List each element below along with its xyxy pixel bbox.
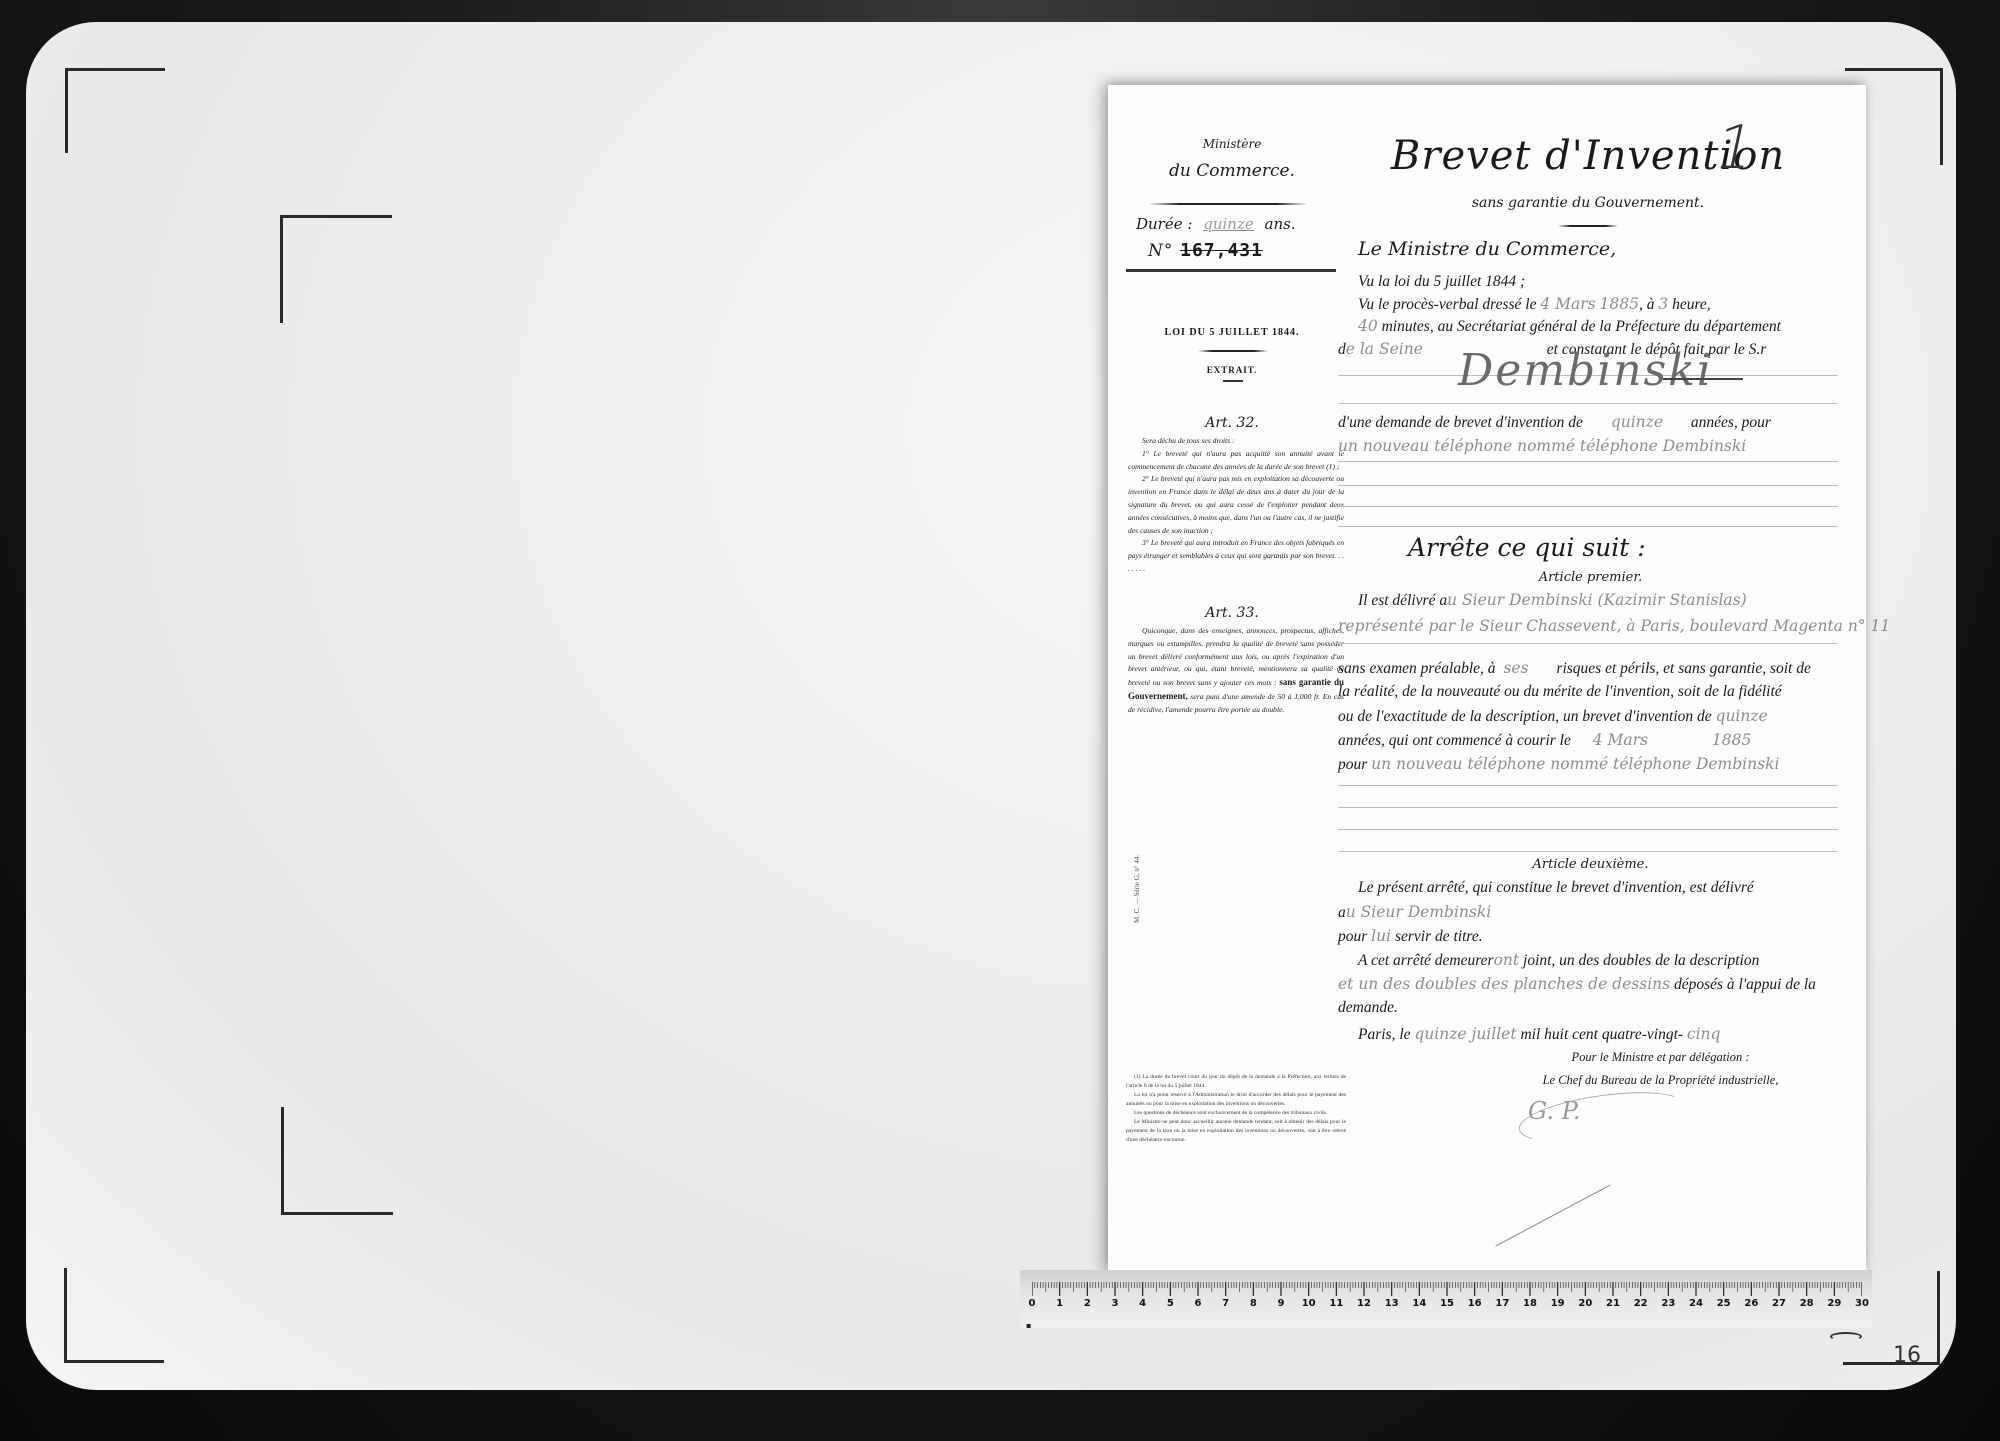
sheet-number: 16 — [1893, 1343, 1921, 1368]
article-33-text: Quiconque, dans des enseignes, annonces,… — [1128, 625, 1344, 717]
fill-line — [1338, 461, 1838, 462]
ruler-label: 11 — [1329, 1298, 1343, 1309]
law-heading: LOI DU 5 JUILLET 1844. — [1108, 327, 1356, 338]
footnote: Les questions de déchéance sont exclusiv… — [1126, 1109, 1346, 1118]
ruler-label: 9 — [1278, 1298, 1285, 1309]
form-code: M. C. — Série G, n° 44. — [1133, 855, 1141, 923]
corner-mark-top-left — [65, 68, 165, 153]
handwritten-annex: et un des doubles des planches de dessin… — [1338, 975, 1670, 993]
ruler-label: 21 — [1606, 1298, 1620, 1309]
ruler-label: 18 — [1523, 1298, 1537, 1309]
article1-line: ou de l'exactitude de la description, un… — [1338, 707, 1843, 726]
ministry-name: du Commerce. — [1108, 161, 1356, 181]
ruler-ticks — [1032, 1282, 1862, 1296]
law-paragraph: Quiconque, dans des enseignes, annonces,… — [1128, 625, 1344, 717]
extract-heading: EXTRAIT. — [1108, 365, 1356, 375]
handwritten-recipient: u Sieur Dembinski (Kazimir Stanislas) — [1447, 591, 1747, 609]
text: Vu le procès-verbal dressé le — [1358, 296, 1536, 313]
footnote: Le Ministre ne peut donc accueillir aucu… — [1126, 1118, 1346, 1145]
ruler-label: 25 — [1717, 1298, 1731, 1309]
text: mil huit cent quatre-vingt- — [1520, 1026, 1683, 1043]
handwritten-minutes: 40 — [1358, 317, 1378, 335]
ruler-label: 10 — [1302, 1298, 1316, 1309]
ruler-label: 19 — [1551, 1298, 1565, 1309]
signature-stroke — [1495, 1185, 1610, 1247]
article2-annex-line: A cet arrêté demeureront joint, un des d… — [1338, 951, 1843, 970]
ruler-label: 1 — [1056, 1298, 1063, 1309]
handwritten-duration: quinze — [1587, 413, 1687, 431]
name-underline — [1663, 378, 1743, 380]
minutes-line: 40 minutes, au Secrétariat général de la… — [1338, 317, 1843, 336]
text: heure, — [1672, 296, 1711, 313]
text: A cet arrêté demeurer — [1358, 952, 1494, 969]
text: , à — [1639, 296, 1655, 313]
duration-value: quinze — [1197, 215, 1260, 233]
article2-annex-line2: et un des doubles des planches de dessin… — [1338, 975, 1843, 994]
patent-number: N° 167,431 — [1148, 240, 1338, 261]
ruler-label: 13 — [1385, 1298, 1399, 1309]
representative-line: représenté par le Sieur Chassevent, à Pa… — [1338, 617, 1843, 635]
handwritten-year: cinq — [1687, 1025, 1721, 1043]
article-32-heading: Art. 32. — [1108, 415, 1356, 431]
article1-line: années, qui ont commencé à courir le 4 M… — [1338, 731, 1843, 750]
ruler-label: 3 — [1112, 1298, 1119, 1309]
left-column: Ministère du Commerce. Durée : quinze an… — [1108, 85, 1356, 1272]
text: risques et périls, et sans garantie, soi… — [1556, 660, 1810, 677]
text: années, pour — [1691, 414, 1771, 431]
document-subtitle: sans garantie du Gouvernement. — [1388, 195, 1788, 211]
ruler-label: 15 — [1440, 1298, 1454, 1309]
article1-line: pour un nouveau téléphone nommé téléphon… — [1338, 755, 1843, 774]
article-32-text: Sera déchu de tous ses droits : 1° Le br… — [1128, 435, 1344, 576]
short-divider — [1223, 380, 1243, 382]
ornament-divider — [1198, 350, 1268, 352]
applicant-name: Dembinski — [1458, 345, 1713, 396]
patent-number-label: N° — [1148, 241, 1173, 261]
divider-thick — [1126, 269, 1336, 272]
fill-line — [1338, 526, 1838, 527]
ruler-label: 14 — [1412, 1298, 1426, 1309]
law-paragraph: Sera déchu de tous ses droits : — [1128, 435, 1344, 448]
text: servir de titre. — [1395, 928, 1483, 945]
ruler-label: 8 — [1250, 1298, 1257, 1309]
footnote: (1) La durée du brevet court du jour du … — [1126, 1073, 1346, 1091]
corner-mark-bottom-left-inner — [281, 1107, 393, 1215]
text: joint, un des doubles de la description — [1523, 952, 1759, 969]
ruler-label: 30 — [1855, 1298, 1869, 1309]
article2-pour-line: pour lui servir de titre. — [1338, 927, 1843, 946]
ruler-label: 17 — [1495, 1298, 1509, 1309]
demande-line: d'une demande de brevet d'invention de q… — [1338, 413, 1843, 432]
handwritten-recipient: u Sieur Dembinski — [1346, 903, 1491, 921]
handwritten-duration: quinze — [1716, 707, 1768, 725]
delegation-line: Pour le Ministre et par délégation : — [1408, 1050, 1913, 1065]
ruler-label: 0 — [1029, 1298, 1036, 1309]
footnote: La loi n'a point réservé à l'Administrat… — [1126, 1091, 1346, 1109]
article-1-heading: Article premier. — [1338, 570, 1843, 585]
text: Paris, le — [1358, 1026, 1411, 1043]
article2-line: Le présent arrêté, qui constitue le brev… — [1338, 879, 1843, 897]
fill-line — [1338, 829, 1838, 830]
fill-line — [1338, 851, 1838, 852]
duration-unit: ans. — [1265, 215, 1296, 233]
ruler-label: 29 — [1827, 1298, 1841, 1309]
delivered-line: Il est délivré au Sieur Dembinski (Kazim… — [1338, 591, 1843, 610]
fill-line — [1338, 506, 1838, 507]
handwritten-plural: ont — [1494, 951, 1520, 969]
fill-line — [1338, 643, 1838, 644]
text: Il est délivré a — [1358, 592, 1447, 609]
ruler-label: 12 — [1357, 1298, 1371, 1309]
ruler-label: 26 — [1744, 1298, 1758, 1309]
date-line: Paris, le quinze juillet mil huit cent q… — [1338, 1025, 1843, 1044]
article1-line: la réalité, de la nouveauté ou du mérite… — [1338, 683, 1843, 701]
ruler-label: 2 — [1084, 1298, 1091, 1309]
text: années, qui ont commencé à courir le — [1338, 732, 1571, 749]
text: minutes, au Secrétariat général de la Pr… — [1382, 318, 1781, 335]
fill-line — [1338, 807, 1838, 808]
duration-label: Durée : — [1136, 215, 1192, 233]
signature: G. P. — [1528, 1097, 1581, 1125]
handwritten-year: 1885 — [1600, 295, 1639, 313]
minister-heading: Le Ministre du Commerce, — [1358, 238, 1616, 260]
duration-field: Durée : quinze ans. — [1136, 215, 1336, 233]
vu-loi-line: Vu la loi du 5 juillet 1844 ; — [1338, 273, 1843, 291]
patent-number-value: 167,431 — [1180, 240, 1263, 261]
ruler-label: 24 — [1689, 1298, 1703, 1309]
text: sans examen préalable, à — [1338, 660, 1496, 677]
corner-mark-top-left-inner — [280, 215, 392, 323]
ruler-label: 23 — [1661, 1298, 1675, 1309]
fill-line — [1338, 485, 1838, 486]
text: ou de l'exactitude de la description, un… — [1338, 708, 1712, 725]
patent-document: Ministère du Commerce. Durée : quinze an… — [1108, 85, 1866, 1272]
ministry-label: Ministère — [1108, 137, 1356, 151]
ruler-label: 16 — [1468, 1298, 1482, 1309]
ornament-divider — [1558, 225, 1618, 227]
ruler-label: 20 — [1578, 1298, 1592, 1309]
ruler-logo-icon — [1830, 1332, 1862, 1341]
bureau-chief-line: Le Chef du Bureau de la Propriété indust… — [1408, 1073, 1913, 1088]
handwritten-date: 4 Mars — [1575, 731, 1708, 749]
fill-line — [1338, 403, 1838, 404]
article-2-heading: Article deuxième. — [1338, 857, 1843, 872]
corner-mark-bottom-left — [64, 1268, 164, 1363]
arrete-heading: Arrête ce qui suit : — [1408, 533, 1646, 562]
ruler-label: 28 — [1800, 1298, 1814, 1309]
handwritten-date: quinze juillet — [1414, 1025, 1516, 1043]
law-paragraph: 1° Le breveté qui n'aura pas acquitté so… — [1128, 448, 1344, 474]
invention-title: un nouveau téléphone nommé téléphone Dem… — [1338, 437, 1843, 455]
handwritten-invention: un nouveau téléphone nommé téléphone Dem… — [1371, 755, 1779, 773]
ruler-label: 7 — [1222, 1298, 1229, 1309]
text: d'une demande de brevet d'invention de — [1338, 414, 1583, 431]
handwritten-pronoun: lui — [1371, 927, 1391, 945]
ruler-labels: 0123456789101112131415161718192021222324… — [1032, 1298, 1862, 1314]
text: d — [1338, 341, 1346, 358]
ruler-label: 4 — [1139, 1298, 1146, 1309]
law-paragraph: 2° Le breveté qui n'aura pas mis en expl… — [1128, 473, 1344, 537]
handwritten-date: 4 Mars — [1540, 295, 1595, 313]
handwritten-department: e la Seine — [1346, 340, 1423, 358]
handwritten-year: 1885 — [1712, 731, 1751, 749]
handwritten-possessive: ses — [1499, 659, 1552, 677]
law-paragraph: 3° Le breveté qui aura introduit en Fran… — [1128, 537, 1344, 575]
ornament-divider — [1148, 203, 1308, 205]
vu-pv-line: Vu le procès-verbal dressé le 4 Mars 188… — [1338, 295, 1843, 314]
ruler-label: 22 — [1634, 1298, 1648, 1309]
ruler-label: 5 — [1167, 1298, 1174, 1309]
fill-line — [1338, 785, 1838, 786]
handwritten-hour: 3 — [1658, 295, 1668, 313]
text: déposés à l'appui de la — [1674, 976, 1816, 993]
ruler-label: 27 — [1772, 1298, 1786, 1309]
ruler-mark: ▪ — [1026, 1321, 1031, 1330]
ruler-label: 6 — [1195, 1298, 1202, 1309]
article-33-heading: Art. 33. — [1108, 605, 1356, 621]
article2-recipient-line: au Sieur Dembinski — [1338, 903, 1843, 922]
text: pour — [1338, 756, 1367, 773]
risk-line: sans examen préalable, à ses risques et … — [1338, 659, 1843, 678]
article2-demande: demande. — [1338, 999, 1843, 1017]
measuring-ruler: 0123456789101112131415161718192021222324… — [1020, 1270, 1872, 1328]
text: a — [1338, 904, 1346, 921]
text: pour — [1338, 928, 1367, 945]
footnotes: (1) La durée du brevet court du jour du … — [1126, 1073, 1346, 1145]
